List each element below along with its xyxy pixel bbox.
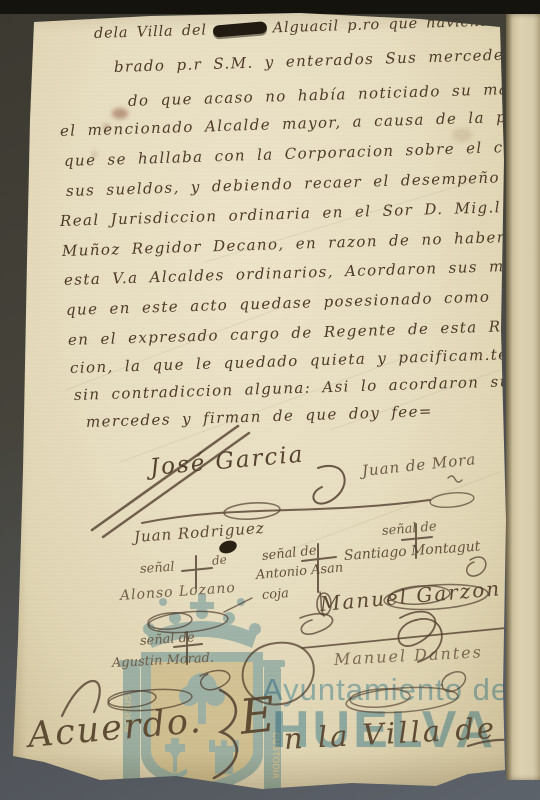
signature-antonio-line2: coja (261, 586, 289, 603)
scan-top-border (0, 0, 540, 14)
ink-stain (112, 108, 128, 119)
scanned-manuscript-page: { "colors":{ "background":"#45433a", "pa… (0, 0, 540, 800)
ink-blot-redaction (212, 21, 267, 37)
villa-initial: E (237, 686, 278, 745)
manuscript-paper: PORTUS CUSTODIA Ayuntamiento de HUELVA d… (0, 0, 540, 800)
senal-label: de (211, 552, 227, 567)
senal-label: señal (139, 560, 175, 577)
next-page-edge (506, 14, 540, 780)
